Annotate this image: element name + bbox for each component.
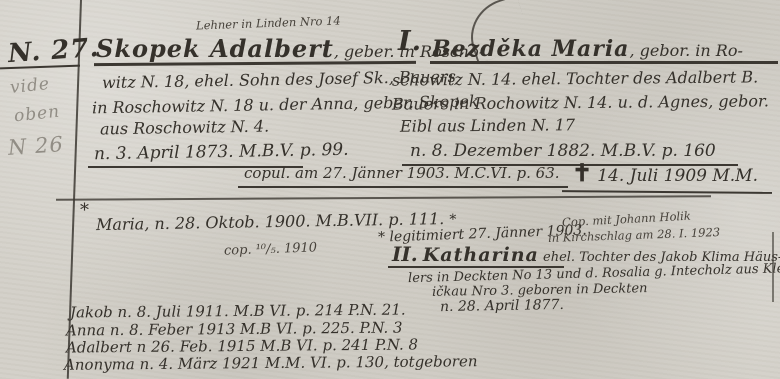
right-edge-pen-stroke xyxy=(772,232,774,302)
register-page: N. 27. vide oben N 26 Lehner in Linden N… xyxy=(0,0,780,379)
second-wife-name: Katharina xyxy=(423,244,539,266)
death-note-line: ✝ 14. Juli 1909 M.M. xyxy=(572,158,758,187)
maria-ref-star: * xyxy=(449,212,456,228)
groom-annotation: Lehner in Linden Nro 14 xyxy=(196,13,341,32)
groom-birth-record: n. 3. April 1873. M.B.V. p. 99. xyxy=(94,140,349,164)
pencil-note-line2: oben xyxy=(13,102,61,127)
section-separator-rule xyxy=(56,195,711,200)
maria-cop-note: cop. ¹⁰/₅. 1910 xyxy=(224,240,318,258)
bride-name-line: Bezděka Maria, gebor. in Ro- xyxy=(432,36,743,62)
groom-line4: aus Roschowitz N. 4. xyxy=(100,117,269,139)
groom-name-line: Skopek Adalbert, geber. in Roscho- xyxy=(96,34,484,63)
maria-star: * xyxy=(80,200,89,221)
bride-line2: schowitz N. 14. ehel. Tochter des Adalbe… xyxy=(392,67,758,89)
bride-numeral: I. xyxy=(398,26,422,57)
bride-name-underline xyxy=(430,61,778,64)
copulation-note: copul. am 27. Jänner 1903. M.C.VI. p. 63… xyxy=(244,164,560,182)
second-wife-birth: n. 28. April 1877. xyxy=(440,297,564,315)
pencil-note-line1: vide xyxy=(9,74,51,98)
death-cross-icon: ✝ xyxy=(572,158,592,187)
bride-name: Bezděka Maria xyxy=(432,36,629,62)
copulation-underline xyxy=(238,186,568,188)
death-note: 14. Juli 1909 M.M. xyxy=(597,166,758,186)
death-note-underline xyxy=(562,190,772,194)
child-row-anonyma: Anonyma n. 4. März 1921 M.M. VI. p. 130,… xyxy=(64,352,478,374)
bride-line3: Bauers in Rochowitz N. 14. u. d. Agnes, … xyxy=(392,91,769,113)
bride-line4: Eibl aus Linden N. 17 xyxy=(400,115,575,136)
second-wife-numeral: II. xyxy=(392,242,418,266)
entry-number: N. 27. xyxy=(7,33,100,69)
pencil-note-line3: N 26 xyxy=(7,132,64,160)
bride-line1-rest: , gebor. in Ro- xyxy=(629,41,742,60)
groom-name: Skopek Adalbert xyxy=(96,34,334,63)
